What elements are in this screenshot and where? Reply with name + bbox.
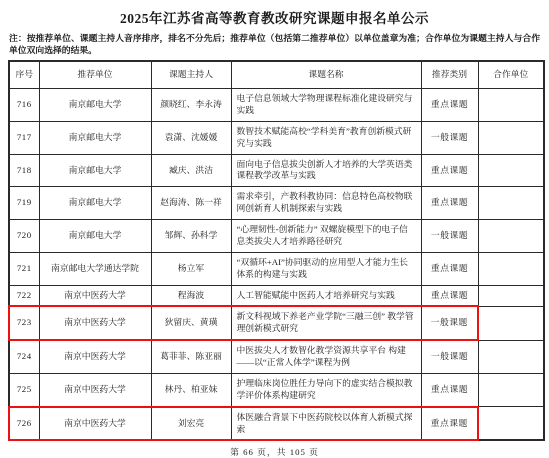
- cell-no: 720: [9, 220, 39, 253]
- cell-category: 一般课题: [421, 306, 478, 340]
- cell-no: 723: [9, 306, 39, 340]
- cell-no: 718: [9, 154, 39, 187]
- document-page: 2025年江苏省高等教育教改研究课题申报名单公示 注：按推荐单位、课题主持人音序…: [0, 0, 549, 458]
- cell-host: 程海波: [151, 285, 231, 306]
- cell-name: “双循环+AI”协同驱动的应用型人才能力生长体系的构建与实践: [231, 252, 421, 285]
- cell-category: 一般课题: [421, 340, 478, 373]
- cell-unit: 南京中医药大学: [39, 407, 151, 441]
- cell-category: 重点课题: [421, 187, 478, 220]
- header-row: 序号 推荐单位 课题主持人 课题名称 推荐类别 合作单位: [9, 61, 544, 88]
- cell-category: 重点课题: [421, 252, 478, 285]
- table-row: 722南京中医药大学程海波人工智能赋能中医药人才培养研究与实践重点课题: [9, 285, 544, 306]
- cell-unit: 南京邮电大学: [39, 89, 151, 122]
- table-row: 716南京邮电大学颜晓红、李永涛电子信息领域大学物理课程标准化建设研究与实践重点…: [9, 89, 544, 122]
- cell-host: 袁潇、沈媛媛: [151, 121, 231, 154]
- cell-name: 护理临床岗位胜任力导向下的虚实结合模拟教学评价体系构建研究: [231, 373, 421, 406]
- cell-name: 新文科视域下养老产业学院“三融三创” 教学管理创新模式研究: [231, 306, 421, 340]
- cell-category: 重点课题: [421, 373, 478, 406]
- cell-host: 杨立军: [151, 252, 231, 285]
- cell-name: “心理韧性-创新能力” 双螺旋模型下的电子信息类拔尖人才培养路径研究: [231, 220, 421, 253]
- cell-partner: [478, 306, 544, 340]
- cell-partner: [478, 121, 544, 154]
- cell-partner: [478, 89, 544, 122]
- header-project-host: 课题主持人: [151, 61, 231, 88]
- cell-partner: [478, 340, 544, 373]
- cell-no: 726: [9, 407, 39, 441]
- cell-name: 人工智能赋能中医药人才培养研究与实践: [231, 285, 421, 306]
- table-row-highlighted: 723南京中医药大学狄留庆、黄璜新文科视域下养老产业学院“三融三创” 教学管理创…: [9, 306, 544, 340]
- cell-unit: 南京邮电大学: [39, 220, 151, 253]
- cell-name: 中医拔尖人才数智化教学资源共享平台 构建——以“正常人体学”课程为例: [231, 340, 421, 373]
- projects-table: 序号 推荐单位 课题主持人 课题名称 推荐类别 合作单位 716南京邮电大学颜晓…: [8, 60, 545, 441]
- cell-no: 722: [9, 285, 39, 306]
- cell-name: 面向电子信息拔尖创新人才培养的大学英语类课程教学改革与实践: [231, 154, 421, 187]
- cell-partner: [478, 407, 544, 441]
- cell-unit: 南京邮电大学: [39, 121, 151, 154]
- table-row: 721南京邮电大学通达学院杨立军“双循环+AI”协同驱动的应用型人才能力生长体系…: [9, 252, 544, 285]
- cell-partner: [478, 285, 544, 306]
- cell-partner: [478, 373, 544, 406]
- header-serial-no: 序号: [9, 61, 39, 88]
- sorting-note: 注：按推荐单位、课题主持人音序排序，排名不分先后；推荐单位（包括第二推荐单位）以…: [9, 33, 540, 56]
- cell-no: 719: [9, 187, 39, 220]
- cell-host: 葛菲菲、陈亚丽: [151, 340, 231, 373]
- cell-unit: 南京中医药大学: [39, 340, 151, 373]
- cell-unit: 南京中医药大学: [39, 373, 151, 406]
- cell-unit: 南京邮电大学通达学院: [39, 252, 151, 285]
- cell-unit: 南京中医药大学: [39, 285, 151, 306]
- cell-host: 邹辉、孙科学: [151, 220, 231, 253]
- cell-no: 717: [9, 121, 39, 154]
- cell-no: 725: [9, 373, 39, 406]
- cell-partner: [478, 187, 544, 220]
- header-recommending-unit: 推荐单位: [39, 61, 151, 88]
- table-header: 序号 推荐单位 课题主持人 课题名称 推荐类别 合作单位: [9, 61, 544, 88]
- cell-host: 赵海涛、陈一祥: [151, 187, 231, 220]
- cell-host: 臧庆、洪洁: [151, 154, 231, 187]
- cell-name: 电子信息领域大学物理课程标准化建设研究与实践: [231, 89, 421, 122]
- cell-partner: [478, 220, 544, 253]
- cell-partner: [478, 154, 544, 187]
- cell-unit: 南京邮电大学: [39, 187, 151, 220]
- cell-category: 重点课题: [421, 285, 478, 306]
- cell-host: 刘宏亮: [151, 407, 231, 441]
- cell-host: 颜晓红、李永涛: [151, 89, 231, 122]
- cell-category: 重点课题: [421, 407, 478, 441]
- cell-name: 体医融合背景下中医药院校以体育人新模式探索: [231, 407, 421, 441]
- header-project-name: 课题名称: [231, 61, 421, 88]
- cell-name: 需求牵引，产教科教协同：信息特色高校物联网创新育人机制探索与实践: [231, 187, 421, 220]
- table-row: 725南京中医药大学林丹、柏亚妹护理临床岗位胜任力导向下的虚实结合模拟教学评价体…: [9, 373, 544, 406]
- page-title: 2025年江苏省高等教育教改研究课题申报名单公示: [8, 7, 541, 27]
- table-row: 717南京邮电大学袁潇、沈媛媛数智技术赋能高校“学科美育”教育创新模式研究与实践…: [9, 121, 544, 154]
- header-recommend-category: 推荐类别: [421, 61, 478, 88]
- table-row: 719南京邮电大学赵海涛、陈一祥需求牵引，产教科教协同：信息特色高校物联网创新育…: [9, 187, 544, 220]
- cell-host: 狄留庆、黄璜: [151, 306, 231, 340]
- cell-unit: 南京邮电大学: [39, 154, 151, 187]
- cell-unit: 南京中医药大学: [39, 306, 151, 340]
- cell-partner: [478, 252, 544, 285]
- table-row-highlighted: 726南京中医药大学刘宏亮体医融合背景下中医药院校以体育人新模式探索重点课题: [9, 407, 544, 441]
- cell-category: 一般课题: [421, 220, 478, 253]
- table-row: 718南京邮电大学臧庆、洪洁面向电子信息拔尖创新人才培养的大学英语类课程教学改革…: [9, 154, 544, 187]
- table-body: 716南京邮电大学颜晓红、李永涛电子信息领域大学物理课程标准化建设研究与实践重点…: [9, 89, 544, 441]
- cell-no: 716: [9, 89, 39, 122]
- header-partner-unit: 合作单位: [478, 61, 544, 88]
- page-footer: 第 66 页，共 105 页: [8, 445, 541, 458]
- cell-category: 重点课题: [421, 89, 478, 122]
- cell-category: 一般课题: [421, 121, 478, 154]
- table-row: 720南京邮电大学邹辉、孙科学“心理韧性-创新能力” 双螺旋模型下的电子信息类拔…: [9, 220, 544, 253]
- cell-name: 数智技术赋能高校“学科美育”教育创新模式研究与实践: [231, 121, 421, 154]
- cell-no: 724: [9, 340, 39, 373]
- cell-no: 721: [9, 252, 39, 285]
- cell-host: 林丹、柏亚妹: [151, 373, 231, 406]
- cell-category: 重点课题: [421, 154, 478, 187]
- table-row: 724南京中医药大学葛菲菲、陈亚丽中医拔尖人才数智化教学资源共享平台 构建——以…: [9, 340, 544, 373]
